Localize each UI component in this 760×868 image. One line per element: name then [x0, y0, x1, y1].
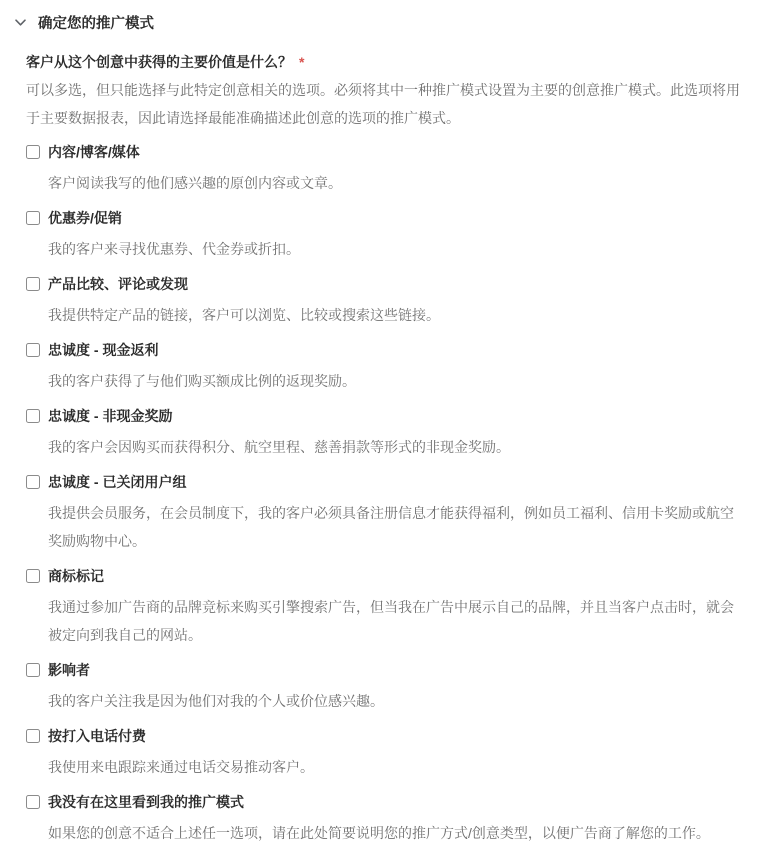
option-description: 我提供特定产品的链接，客户可以浏览、比较或搜索这些链接。 [26, 301, 745, 329]
promotion-mode-option: 忠诚度 - 非现金奖励 我的客户会因购买而获得积分、航空里程、慈善捐款等形式的非… [26, 406, 745, 461]
promotion-mode-option: 忠诚度 - 已关闭用户组 我提供会员服务，在会员制度下，我的客户必须具备注册信息… [26, 472, 745, 555]
option-checkbox-row[interactable]: 商标标记 [26, 566, 745, 586]
promotion-mode-option: 按打入电话付费 我使用来电跟踪来通过电话交易推动客户。 [26, 726, 745, 781]
option-description: 我使用来电跟踪来通过电话交易推动客户。 [26, 753, 745, 781]
promotion-mode-option: 产品比较、评论或发现 我提供特定产品的链接，客户可以浏览、比较或搜索这些链接。 [26, 274, 745, 329]
option-description: 如果您的创意不适合上述任一选项，请在此处简要说明您的推广方式/创意类型，以便广告… [26, 819, 745, 847]
option-checkbox-row[interactable]: 按打入电话付费 [26, 726, 745, 746]
checkbox-icon[interactable] [26, 663, 40, 677]
option-label: 忠诚度 - 现金返利 [48, 340, 158, 360]
promotion-mode-option: 商标标记 我通过参加广告商的品牌竞标来购买引擎搜索广告，但当我在广告中展示自己的… [26, 566, 745, 649]
checkbox-icon[interactable] [26, 409, 40, 423]
question-row: 客户从这个创意中获得的主要价值是什么？* [26, 52, 745, 72]
question-help-text: 可以多选，但只能选择与此特定创意相关的选项。必须将其中一种推广模式设置为主要的创… [26, 76, 745, 132]
option-description: 客户阅读我写的他们感兴趣的原创内容或文章。 [26, 169, 745, 197]
option-label: 我没有在这里看到我的推广模式 [48, 792, 244, 812]
section-header-toggle[interactable]: 确定您的推广模式 [0, 0, 760, 32]
option-checkbox-row[interactable]: 产品比较、评论或发现 [26, 274, 745, 294]
promotion-mode-option: 影响者 我的客户关注我是因为他们对我的个人或价位感兴趣。 [26, 660, 745, 715]
section-title: 确定您的推广模式 [38, 12, 154, 33]
option-description: 我通过参加广告商的品牌竞标来购买引擎搜索广告，但当我在广告中展示自己的品牌，并且… [26, 593, 745, 649]
promotion-mode-option: 我没有在这里看到我的推广模式 如果您的创意不适合上述任一选项，请在此处简要说明您… [26, 792, 745, 847]
option-label: 按打入电话付费 [48, 726, 146, 746]
option-checkbox-row[interactable]: 影响者 [26, 660, 745, 680]
checkbox-icon[interactable] [26, 145, 40, 159]
section-content: 客户从这个创意中获得的主要价值是什么？* 可以多选，但只能选择与此特定创意相关的… [0, 52, 760, 847]
promotion-mode-option: 内容/博客/媒体 客户阅读我写的他们感兴趣的原创内容或文章。 [26, 142, 745, 197]
option-checkbox-row[interactable]: 忠诚度 - 已关闭用户组 [26, 472, 745, 492]
required-asterisk: * [299, 54, 304, 70]
promotion-mode-options-list: 内容/博客/媒体 客户阅读我写的他们感兴趣的原创内容或文章。 优惠券/促销 我的… [26, 142, 745, 847]
promotion-mode-option: 忠诚度 - 现金返利 我的客户获得了与他们购买额成比例的返现奖励。 [26, 340, 745, 395]
option-label: 商标标记 [48, 566, 104, 586]
question-text: 客户从这个创意中获得的主要价值是什么？ [26, 54, 292, 70]
option-label: 忠诚度 - 已关闭用户组 [48, 472, 186, 492]
checkbox-icon[interactable] [26, 343, 40, 357]
option-label: 内容/博客/媒体 [48, 142, 140, 162]
option-label: 产品比较、评论或发现 [48, 274, 188, 294]
option-label: 忠诚度 - 非现金奖励 [48, 406, 172, 426]
option-checkbox-row[interactable]: 忠诚度 - 现金返利 [26, 340, 745, 360]
option-description: 我的客户获得了与他们购买额成比例的返现奖励。 [26, 367, 745, 395]
checkbox-icon[interactable] [26, 277, 40, 291]
option-checkbox-row[interactable]: 内容/博客/媒体 [26, 142, 745, 162]
promotion-mode-option: 优惠券/促销 我的客户来寻找优惠券、代金券或折扣。 [26, 208, 745, 263]
option-description: 我的客户关注我是因为他们对我的个人或价位感兴趣。 [26, 687, 745, 715]
checkbox-icon[interactable] [26, 475, 40, 489]
checkbox-icon[interactable] [26, 569, 40, 583]
option-checkbox-row[interactable]: 我没有在这里看到我的推广模式 [26, 792, 745, 812]
checkbox-icon[interactable] [26, 211, 40, 225]
option-label: 影响者 [48, 660, 90, 680]
option-checkbox-row[interactable]: 忠诚度 - 非现金奖励 [26, 406, 745, 426]
checkbox-icon[interactable] [26, 795, 40, 809]
option-label: 优惠券/促销 [48, 208, 122, 228]
option-description: 我的客户来寻找优惠券、代金券或折扣。 [26, 235, 745, 263]
chevron-down-icon[interactable] [14, 16, 27, 29]
option-checkbox-row[interactable]: 优惠券/促销 [26, 208, 745, 228]
option-description: 我的客户会因购买而获得积分、航空里程、慈善捐款等形式的非现金奖励。 [26, 433, 745, 461]
checkbox-icon[interactable] [26, 729, 40, 743]
promotion-mode-section: 确定您的推广模式 客户从这个创意中获得的主要价值是什么？* 可以多选，但只能选择… [0, 0, 760, 868]
option-description: 我提供会员服务，在会员制度下，我的客户必须具备注册信息才能获得福利，例如员工福利… [26, 499, 745, 555]
